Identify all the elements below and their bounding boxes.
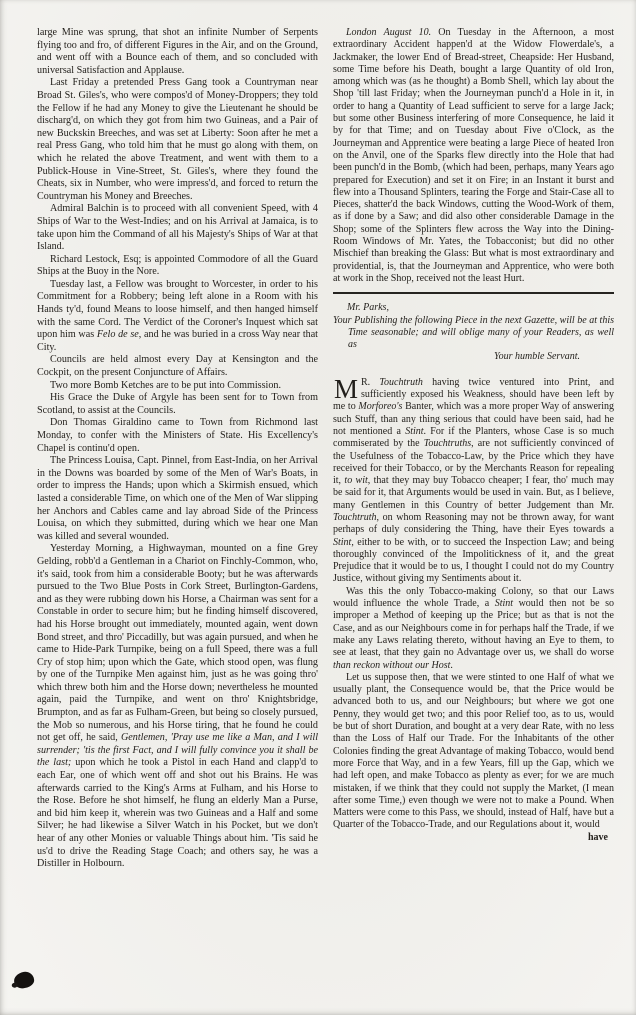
essay-paragraph-tobacco-colony: Was this the only Tobacco-making Colony,… <box>333 586 614 672</box>
right-column: London August 10. On Tuesday in the Afte… <box>333 27 614 1013</box>
news-paragraph-london-dateline: London August 10. On Tuesday in the Afte… <box>333 27 614 285</box>
text-run: Touchtruth <box>379 377 423 388</box>
text-run: On Tuesday in the Afternoon, a most extr… <box>333 27 614 284</box>
text-run: The Princess Louisa, Capt. Pinnel, from … <box>37 455 318 542</box>
text-run: Mr. Parks, <box>347 302 389 313</box>
news-paragraph-highwayman: Yesterday Morning, a Highwayman, mounted… <box>37 543 318 870</box>
text-run: Don Thomas Giraldino came to Town from R… <box>37 417 318 453</box>
catchword: have <box>333 832 614 844</box>
essay-opening-paragraph: MR. Touchtruth having twice ventured int… <box>333 377 614 586</box>
text-run: Admiral Balchin is to proceed with all c… <box>37 203 318 252</box>
text-run: Stint <box>495 598 513 609</box>
news-paragraph-admiral-balchin: Admiral Balchin is to proceed with all c… <box>37 203 318 253</box>
text-run: Morforeo's <box>358 401 402 412</box>
text-run: Touchtruth <box>333 512 377 523</box>
text-run: Two more Bomb Ketches are to be put into… <box>50 380 281 391</box>
text-run: Stint <box>333 537 351 548</box>
section-divider-rule <box>333 292 614 294</box>
news-paragraph-lestock: Richard Lestock, Esq; is appointed Commo… <box>37 254 318 279</box>
text-run: upon which he took a Pistol in each Hand… <box>37 757 318 869</box>
text-run: , either to be with, or to succeed the I… <box>333 537 614 585</box>
letter-salutation: Mr. Parks, <box>333 302 614 314</box>
text-run: large Mine was sprung, that shot an infi… <box>37 27 318 76</box>
text-run: Touchtruths <box>424 438 471 449</box>
text-run: London August 10. <box>346 27 431 38</box>
text-run: His Grace the Duke of Argyle has been se… <box>37 392 318 416</box>
text-run: Last Friday a pretended Press Gang took … <box>37 77 318 201</box>
drop-cap: M <box>333 377 361 400</box>
news-paragraph-councils: Councils are held almost every Day at Ke… <box>37 354 318 379</box>
text-run: Your Publishing the following Piece in t… <box>333 315 614 351</box>
essay-paragraph-suppose-stint: Let us suppose then, that we were stinte… <box>333 672 614 832</box>
text-run: , that they may buy Tobacco cheaper; I f… <box>333 475 614 511</box>
letter-signature: Your humble Servant. <box>333 351 614 363</box>
news-paragraph-duke-of-argyle: His Grace the Duke of Argyle has been se… <box>37 392 318 417</box>
left-column: large Mine was sprung, that shot an infi… <box>37 27 318 1013</box>
text-run: Yesterday Morning, a Highwayman, mounted… <box>37 543 318 743</box>
text-run: . <box>450 660 453 671</box>
text-run: Stint <box>405 426 423 437</box>
newspaper-page: large Mine was sprung, that shot an infi… <box>0 0 636 1015</box>
text-run: Let us suppose then, that we were stinte… <box>333 672 614 831</box>
text-run: Felo de se <box>97 329 139 340</box>
text-run: Your humble Servant. <box>494 351 580 362</box>
news-paragraph-giraldino: Don Thomas Giraldino came to Town from R… <box>37 417 318 455</box>
news-paragraph-princess-louisa: The Princess Louisa, Capt. Pinnel, from … <box>37 455 318 543</box>
text-run: have <box>588 832 608 843</box>
news-paragraph-worcester: Tuesday last, a Fellow was brought to Wo… <box>37 279 318 355</box>
text-run: to wit <box>344 475 367 486</box>
continuation-paragraph: large Mine was sprung, that shot an infi… <box>37 27 318 77</box>
letter-body: Your Publishing the following Piece in t… <box>333 315 614 352</box>
text-run: Councils are held almost every Day at Ke… <box>37 354 318 378</box>
news-paragraph-press-gang: Last Friday a pretended Press Gang took … <box>37 77 318 203</box>
news-paragraph-bomb-ketches: Two more Bomb Ketches are to be put into… <box>37 380 318 393</box>
text-run: R. <box>361 377 379 388</box>
text-run: Richard Lestock, Esq; is appointed Commo… <box>37 254 318 278</box>
ink-blot-mark <box>13 970 35 989</box>
text-run: than reckon without our Host <box>333 660 450 671</box>
